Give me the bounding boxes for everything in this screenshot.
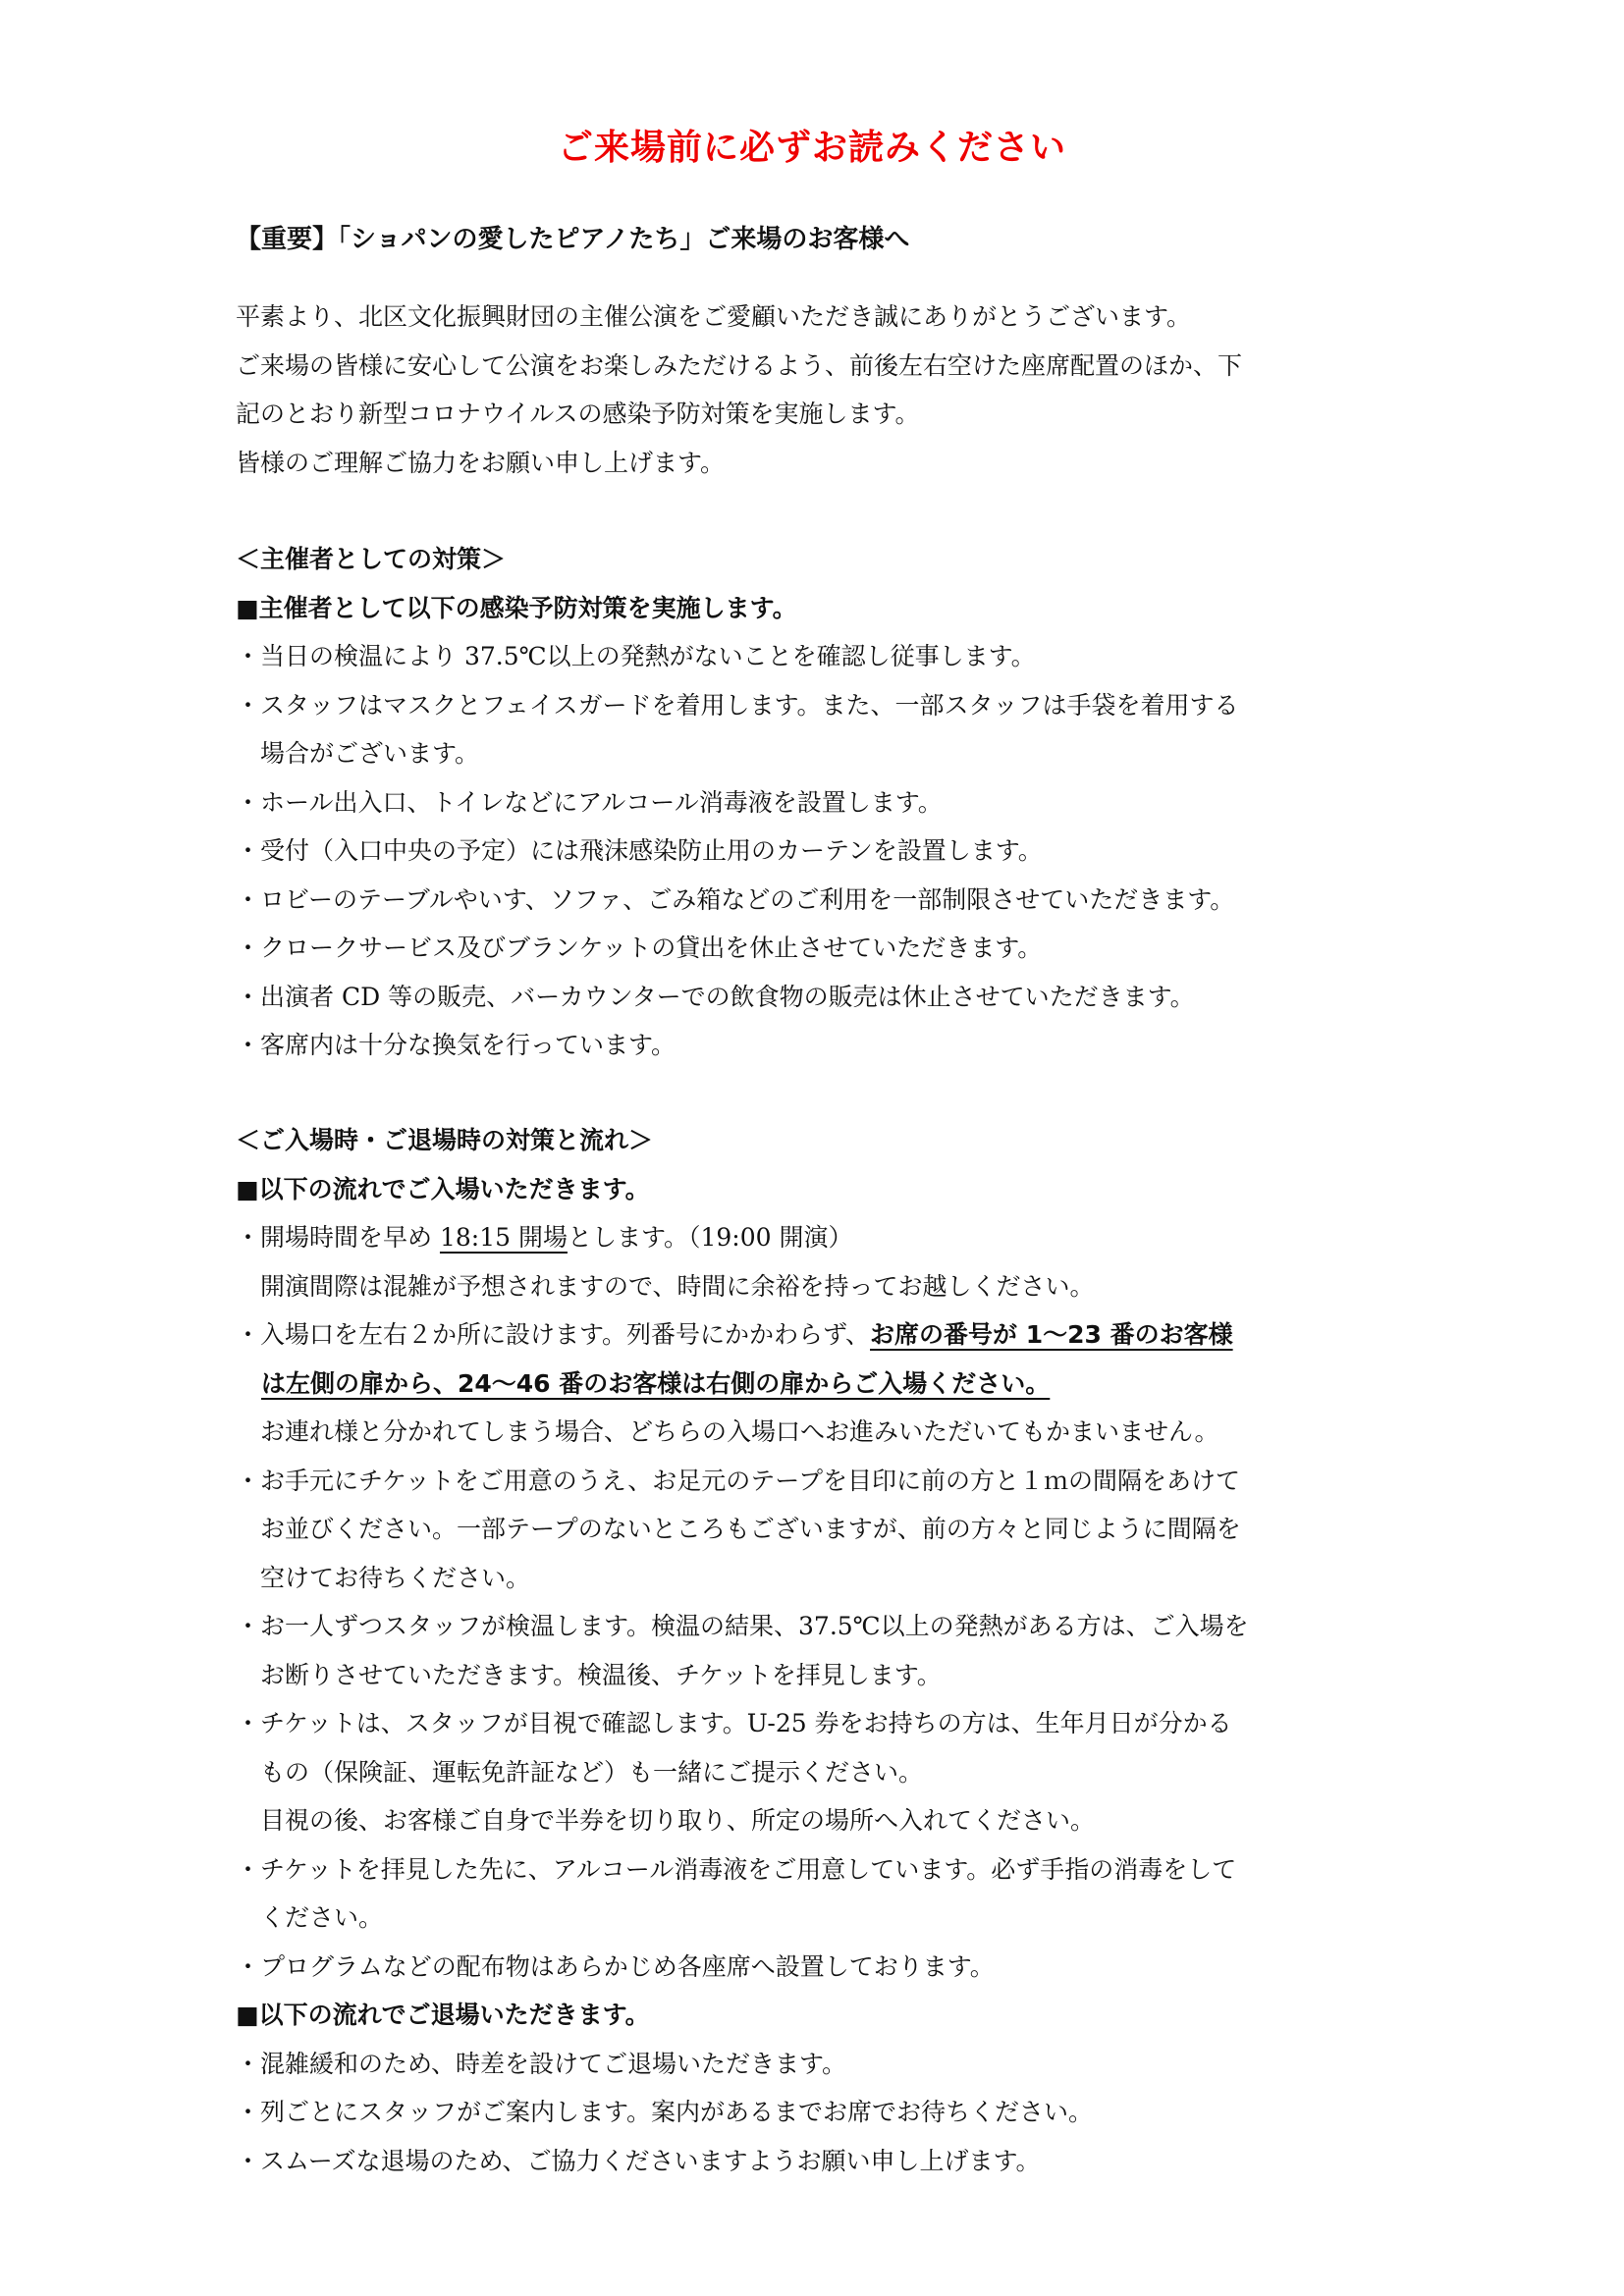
- list-item: ・列ごとにスタッフがご案内します。案内があるまでお席でお待ちください。: [236, 2088, 1414, 2137]
- entry-exit-section: ＜ご入場時・ご退場時の対策と流れ＞ ■以下の流れでご入場いただきます。 ・開場時…: [236, 1116, 1414, 2185]
- list-item: ・スムーズな退場のため、ご協力くださいますようお願い申し上げます。: [236, 2137, 1414, 2186]
- intro-line: 皆様のご理解ご協力をお願い申し上げます。: [236, 439, 1414, 488]
- organizer-measures-section: ＜主催者としての対策＞ ■主催者として以下の感染予防対策を実施します。 ・当日の…: [236, 535, 1414, 1070]
- entrance-prefix: ・入場口を左右２か所に設けます。列番号にかかわらず、: [236, 1320, 870, 1349]
- section-heading: ＜ご入場時・ご退場時の対策と流れ＞: [236, 1116, 1414, 1165]
- list-item: ください。: [236, 1894, 1414, 1943]
- list-item: ・チケットを拝見した先に、アルコール消毒液をご用意しています。必ず手指の消毒をし…: [236, 1845, 1414, 1895]
- list-item: お連れ様と分かれてしまう場合、どちらの入場口へお進みいただいてもかまいません。: [236, 1408, 1414, 1457]
- page-title: ご来場前に必ずお読みください: [0, 124, 1624, 173]
- section-heading: ＜主催者としての対策＞: [236, 535, 1414, 584]
- list-item: 空けてお待ちください。: [236, 1554, 1414, 1603]
- list-item: ・クロークサービス及びブランケットの貸出を休止させていただきます。: [236, 924, 1414, 973]
- entrance-item: ・入場口を左右２か所に設けます。列番号にかかわらず、お席の番号が 1～23 番の…: [236, 1310, 1414, 1360]
- list-item: ・ホール出入口、トイレなどにアルコール消毒液を設置します。: [236, 778, 1414, 828]
- intro-line: 平素より、北区文化振興財団の主催公演をご愛顧いただき誠にありがとうございます。: [236, 293, 1414, 342]
- intro-line: 記のとおり新型コロナウイルスの感染予防対策を実施します。: [236, 390, 1414, 439]
- list-item: ・スタッフはマスクとフェイスガードを着用します。また、一部スタッフは手袋を着用す…: [236, 681, 1414, 730]
- list-item: お並びください。一部テープのないところもございますが、前の方々と同じように間隔を: [236, 1505, 1414, 1554]
- notice-subtitle: 【重要】「ショパンの愛したピアノたち」ご来場のお客様へ: [236, 220, 909, 259]
- open-time-highlight: 18:15 開場: [440, 1223, 568, 1252]
- list-item: ・出演者 CD 等の販売、バーカウンターでの飲食物の販売は休止させていただきます…: [236, 973, 1414, 1022]
- list-item: もの（保険証、運転免許証など）も一緒にご提示ください。: [236, 1748, 1414, 1797]
- list-item: ・客席内は十分な換気を行っています。: [236, 1021, 1414, 1070]
- list-item: ・お一人ずつスタッフが検温します。検温の結果、37.5℃以上の発熱がある方は、ご…: [236, 1602, 1414, 1651]
- document-page: ご来場前に必ずお読みください 【重要】「ショパンの愛したピアノたち」ご来場のお客…: [0, 0, 1624, 2296]
- section-subheading: ■主催者として以下の感染予防対策を実施します。: [236, 584, 1414, 633]
- list-item: ・受付（入口中央の予定）には飛沫感染防止用のカーテンを設置します。: [236, 827, 1414, 876]
- entry-subheading: ■以下の流れでご入場いただきます。: [236, 1165, 1414, 1214]
- list-item: 場合がございます。: [236, 729, 1414, 778]
- list-item: ・当日の検温により 37.5℃以上の発熱がないことを確認し従事します。: [236, 632, 1414, 681]
- intro-line: ご来場の皆様に安心して公演をお楽しみただけるよう、前後左右空けた座席配置のほか、…: [236, 342, 1414, 391]
- open-time-prefix: ・開場時間を早め: [236, 1223, 440, 1252]
- list-item: ・お手元にチケットをご用意のうえ、お足元のテープを目印に前の方と１ｍの間隔をあけ…: [236, 1457, 1414, 1506]
- list-item: 開演間際は混雑が予想されますので、時間に余裕を持ってお越しください。: [236, 1262, 1414, 1311]
- list-item: お断りさせていただきます。検温後、チケットを拝見します。: [236, 1651, 1414, 1700]
- list-item: 目視の後、お客様ご自身で半券を切り取り、所定の場所へ入れてください。: [236, 1796, 1414, 1845]
- entrance-item-continued: は左側の扉から、24～46 番のお客様は右側の扉からご入場ください。: [236, 1360, 1414, 1409]
- list-item: ・プログラムなどの配布物はあらかじめ各座席へ設置しております。: [236, 1943, 1414, 1992]
- list-item: ・チケットは、スタッフが目視で確認します。U-25 券をお持ちの方は、生年月日が…: [236, 1699, 1414, 1748]
- intro-paragraph: 平素より、北区文化振興財団の主催公演をご愛顧いただき誠にありがとうございます。 …: [236, 293, 1414, 487]
- entrance-highlight: は左側の扉から、24～46 番のお客様は右側の扉からご入場ください。: [261, 1369, 1050, 1398]
- open-time-suffix: とします。（19:00 開演）: [568, 1223, 853, 1252]
- list-item: ・混雑緩和のため、時差を設けてご退場いただきます。: [236, 2040, 1414, 2089]
- entrance-highlight: お席の番号が 1～23 番のお客様: [870, 1320, 1233, 1349]
- exit-subheading: ■以下の流れでご退場いただきます。: [236, 1991, 1414, 2040]
- list-item: ・ロビーのテーブルやいす、ソファ、ごみ箱などのご利用を一部制限させていただきます…: [236, 876, 1414, 925]
- open-time-item: ・開場時間を早め 18:15 開場とします。（19:00 開演）: [236, 1213, 1414, 1262]
